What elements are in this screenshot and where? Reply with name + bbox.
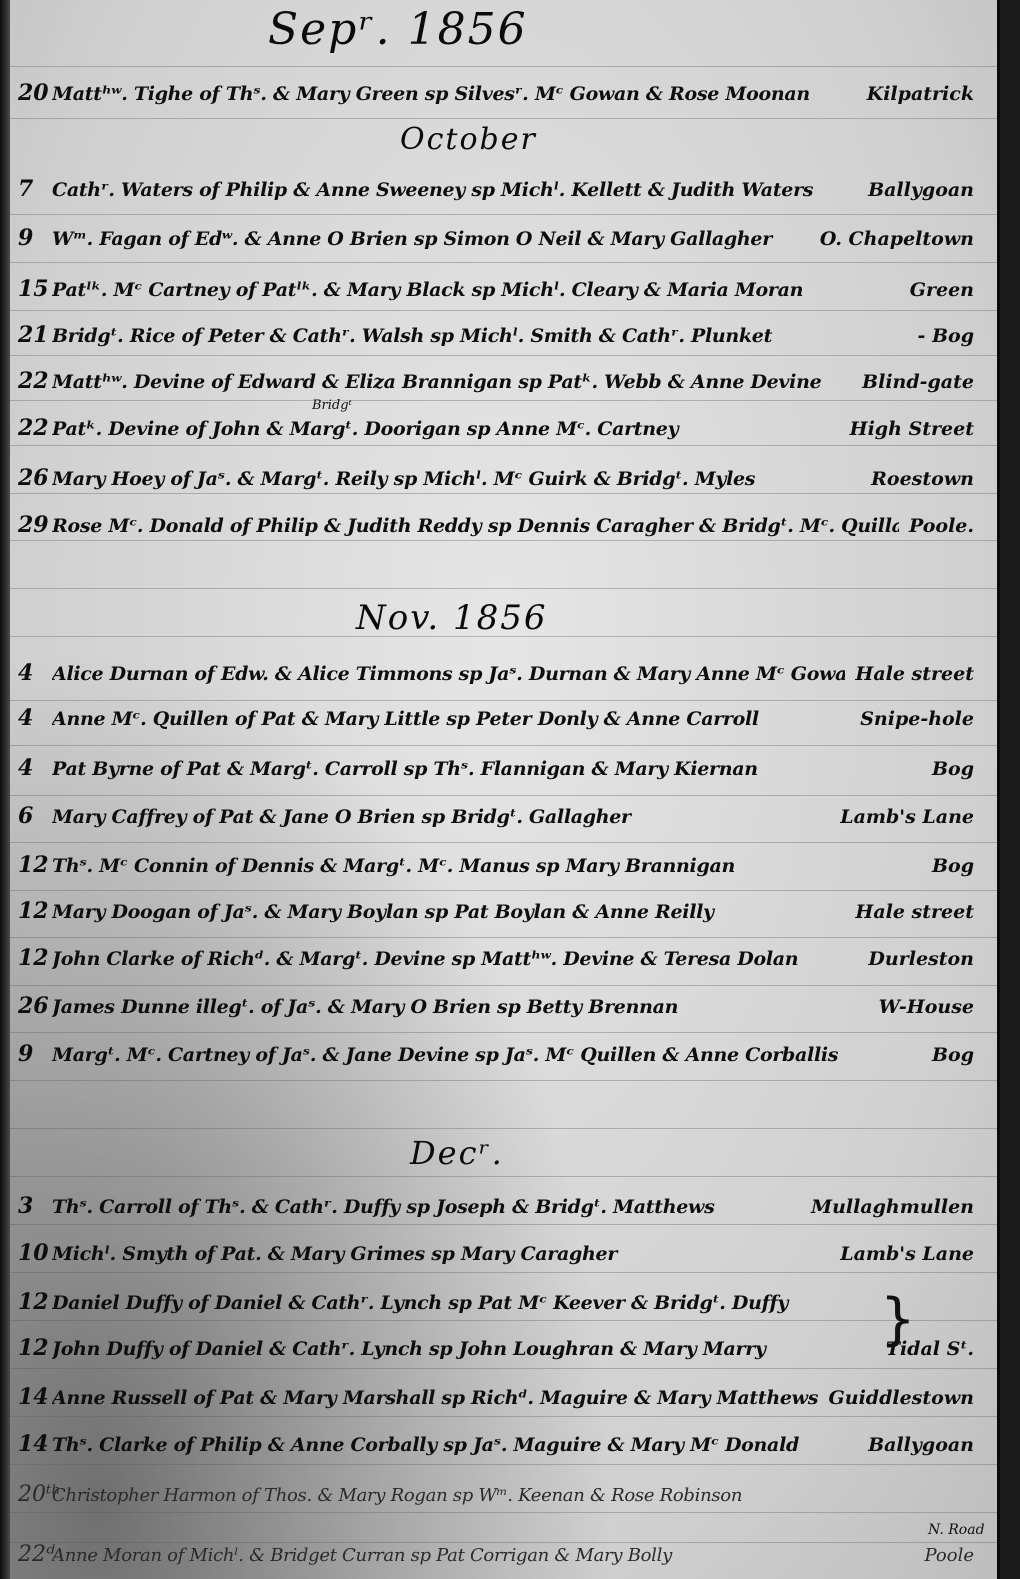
ruled-line [10, 1368, 1000, 1369]
entry-day: 26 [18, 465, 52, 491]
ruled-line [10, 1224, 1000, 1225]
entry-text: Thˢ. Clarke of Philip & Anne Corbally sp… [52, 1434, 858, 1456]
ruled-line [10, 445, 1000, 446]
ruled-line [10, 890, 1000, 891]
ruled-line [10, 1416, 1000, 1417]
entry-text: Wᵐ. Fagan of Edʷ. & Anne O Brien sp Simo… [52, 228, 810, 250]
entry-day: 15 [18, 276, 52, 302]
entry-place: Bog [932, 1044, 974, 1066]
entry-text: Mary Doogan of Jaˢ. & Mary Boylan sp Pat… [52, 901, 845, 923]
entry-place: Kilpatrick [867, 83, 974, 105]
entry-row: 22 Patᵏ. Devine of John & Margᵗ. Dooriga… [18, 415, 974, 441]
entry-text: Alice Durnan of Edw. & Alice Timmons sp … [52, 663, 845, 685]
ruled-line [10, 355, 1000, 356]
entry-place: O. Chapeltown [820, 228, 974, 250]
entry-day: 12 [18, 1335, 52, 1361]
section-heading-october: October [400, 122, 537, 157]
entry-place: High Street [850, 418, 974, 440]
entry-day: 9 [18, 1041, 52, 1067]
entry-row: 6 Mary Caffrey of Pat & Jane O Brien sp … [18, 803, 974, 829]
entry-day: 9 [18, 225, 52, 251]
entry-place: N. Road [928, 1522, 985, 1538]
ruled-line [10, 1176, 1000, 1177]
entry-row: 29 Rose Mᶜ. Donald of Philip & Judith Re… [18, 512, 974, 538]
entry-text: James Dunne illegᵗ. of Jaˢ. & Mary O Bri… [52, 996, 869, 1018]
entry-text: Mattʰʷ. Tighe of Thˢ. & Mary Green sp Si… [52, 83, 857, 105]
entry-place: Snipe-hole [860, 708, 974, 730]
entry-text: Daniel Duffy of Daniel & Cathʳ. Lynch sp… [52, 1292, 850, 1314]
entry-place: Ballygoan [868, 1434, 974, 1456]
ruled-line [10, 937, 1000, 938]
entry-row: 4 Pat Byrne of Pat & Margᵗ. Carroll sp T… [18, 755, 974, 781]
ruled-line [10, 214, 1000, 215]
entry-row: 12 Daniel Duffy of Daniel & Cathʳ. Lynch… [18, 1289, 860, 1315]
entry-day: 4 [18, 705, 52, 731]
entry-text: Margᵗ. Mᶜ. Cartney of Jaˢ. & Jane Devine… [52, 1044, 922, 1066]
register-page: Sepʳ. 1856 20 Mattʰʷ. Tighe of Thˢ. & Ma… [0, 0, 1000, 1579]
entry-day: 22 [18, 415, 52, 441]
entry-row: 7 Cathʳ. Waters of Philip & Anne Sweeney… [18, 176, 974, 202]
ruled-line [10, 1512, 1000, 1513]
entry-day: 3 [18, 1193, 52, 1219]
entry-row: 20 Mattʰʷ. Tighe of Thˢ. & Mary Green sp… [18, 80, 974, 106]
entry-day: 4 [18, 755, 52, 781]
entry-place: Ballygoan [868, 179, 974, 201]
entry-row: 22 Mattʰʷ. Devine of Edward & Eliza Bran… [18, 368, 974, 394]
entry-row: 22ᵈ Anne Moran of Michˡ. & Bridget Curra… [18, 1542, 974, 1567]
entry-day: 21 [18, 322, 52, 348]
entry-place: Bog [932, 855, 974, 877]
entry-day: 14 [18, 1431, 52, 1457]
entry-day: 6 [18, 803, 52, 829]
ruled-line [10, 985, 1000, 986]
ruled-line [10, 262, 1000, 263]
entry-text: Patᵏ. Devine of John & Margᵗ. Doorigan s… [52, 418, 840, 440]
section-heading-november: Nov. 1856 [356, 598, 548, 638]
ruled-line [10, 310, 1000, 311]
entry-row: 4 Alice Durnan of Edw. & Alice Timmons s… [18, 660, 974, 686]
entry-place: Tidal Sᵗ. [886, 1338, 974, 1360]
entry-place: Green [910, 279, 974, 301]
entry-row: 20ᵗʰ Christopher Harmon of Thos. & Mary … [18, 1482, 974, 1507]
entry-day: 22 [18, 368, 52, 394]
ruled-line [10, 1128, 1000, 1129]
entry-day: 4 [18, 660, 52, 686]
entry-text: John Clarke of Richᵈ. & Margᵗ. Devine sp… [52, 948, 858, 970]
entry-place: Poole. [909, 515, 974, 537]
ruled-line [10, 842, 1000, 843]
ruled-line [10, 1464, 1000, 1465]
ruled-line [10, 745, 1000, 746]
ruled-line [10, 700, 1000, 701]
entry-place: Bog [932, 758, 974, 780]
entry-place: W-House [879, 996, 974, 1018]
entry-row: 14 Thˢ. Clarke of Philip & Anne Corbally… [18, 1431, 974, 1457]
entry-row: 12 Mary Doogan of Jaˢ. & Mary Boylan sp … [18, 898, 974, 924]
entry-text: Anne Russell of Pat & Mary Marshall sp R… [52, 1387, 819, 1409]
entry-day: 7 [18, 176, 52, 202]
entry-text: Mary Hoey of Jaˢ. & Margᵗ. Reily sp Mich… [52, 468, 861, 490]
entry-place: Mullaghmullen [811, 1196, 974, 1218]
entry-text: Pat Byrne of Pat & Margᵗ. Carroll sp Thˢ… [52, 758, 922, 780]
ruled-line [10, 400, 1000, 401]
entry-place: Roestown [871, 468, 974, 490]
entry-day: 20 [18, 80, 52, 106]
ruled-line [10, 540, 1000, 541]
entry-day: 12 [18, 1289, 52, 1315]
entry-day: 26 [18, 993, 52, 1019]
entry-day: 12 [18, 852, 52, 878]
entry-text: John Duffy of Daniel & Cathʳ. Lynch sp J… [52, 1338, 876, 1360]
entry-text: Bridgᵗ. Rice of Peter & Cathʳ. Walsh sp … [52, 325, 907, 347]
entry-place: Lamb's Lane [840, 806, 974, 828]
entry-text: Mattʰʷ. Devine of Edward & Eliza Brannig… [52, 371, 852, 393]
entry-day: 20ᵗʰ [18, 1482, 52, 1507]
entry-row: 12 Thˢ. Mᶜ Connin of Dennis & Margᵗ. Mᶜ.… [18, 852, 974, 878]
entry-row: 4 Anne Mᶜ. Quillen of Pat & Mary Little … [18, 705, 974, 731]
entry-text: Michˡ. Smyth of Pat. & Mary Grimes sp Ma… [52, 1243, 830, 1265]
entry-day: 22ᵈ [18, 1542, 52, 1567]
entry-row: 15 Patˡᵏ. Mᶜ Cartney of Patˡᵏ. & Mary Bl… [18, 276, 974, 302]
interlinear-correction: Bridgᵗ [312, 398, 352, 413]
entry-row: 10 Michˡ. Smyth of Pat. & Mary Grimes sp… [18, 1240, 974, 1266]
ruled-line [10, 1272, 1000, 1273]
entry-text: Rose Mᶜ. Donald of Philip & Judith Reddy… [52, 515, 899, 537]
entry-day: 29 [18, 512, 52, 538]
entry-row: 26 James Dunne illegᵗ. of Jaˢ. & Mary O … [18, 993, 974, 1019]
entry-place: Blind-gate [862, 371, 974, 393]
entry-text: Mary Caffrey of Pat & Jane O Brien sp Br… [52, 806, 830, 828]
entry-text: Thˢ. Mᶜ Connin of Dennis & Margᵗ. Mᶜ. Ma… [52, 855, 922, 877]
entry-day: 12 [18, 898, 52, 924]
ruled-line [10, 493, 1000, 494]
entry-day: 12 [18, 945, 52, 971]
ruled-line [10, 795, 1000, 796]
entry-place: Guiddlestown [829, 1387, 974, 1409]
entry-place: Hale street [855, 663, 974, 685]
entry-place: - Bog [917, 325, 974, 347]
binding-edge [0, 0, 10, 1579]
entry-row: 26 Mary Hoey of Jaˢ. & Margᵗ. Reily sp M… [18, 465, 974, 491]
entry-row: 12 John Clarke of Richᵈ. & Margᵗ. Devine… [18, 945, 974, 971]
ruled-line [10, 588, 1000, 589]
entry-place: Lamb's Lane [840, 1243, 974, 1265]
ruled-line [10, 66, 1000, 67]
section-heading-december: Decʳ. [410, 1134, 504, 1172]
section-heading-september: Sepʳ. 1856 [268, 4, 528, 55]
entry-row: 12 John Duffy of Daniel & Cathʳ. Lynch s… [18, 1335, 974, 1361]
entry-day: 14 [18, 1384, 52, 1410]
entry-text: Cathʳ. Waters of Philip & Anne Sweeney s… [52, 179, 858, 201]
entry-place: Poole [925, 1545, 974, 1566]
entry-day: 10 [18, 1240, 52, 1266]
entry-row: 3 Thˢ. Carroll of Thˢ. & Cathʳ. Duffy sp… [18, 1193, 974, 1219]
entry-row: 9 Margᵗ. Mᶜ. Cartney of Jaˢ. & Jane Devi… [18, 1041, 974, 1067]
entry-place: Durleston [868, 948, 974, 970]
entry-text: Anne Moran of Michˡ. & Bridget Curran sp… [52, 1545, 915, 1566]
entry-text: Thˢ. Carroll of Thˢ. & Cathʳ. Duffy sp J… [52, 1196, 801, 1218]
margin-rule [997, 0, 1000, 1579]
ruled-line [10, 1320, 1000, 1321]
entry-text: Anne Mᶜ. Quillen of Pat & Mary Little sp… [52, 708, 850, 730]
entry-row: 9 Wᵐ. Fagan of Edʷ. & Anne O Brien sp Si… [18, 225, 974, 251]
entry-row: 21 Bridgᵗ. Rice of Peter & Cathʳ. Walsh … [18, 322, 974, 348]
ruled-line [10, 118, 1000, 119]
entry-text: Patˡᵏ. Mᶜ Cartney of Patˡᵏ. & Mary Black… [52, 279, 900, 301]
ruled-line [10, 1032, 1000, 1033]
ruled-line [10, 1080, 1000, 1081]
entry-place: Hale street [855, 901, 974, 923]
entry-text: Christopher Harmon of Thos. & Mary Rogan… [52, 1485, 974, 1506]
entry-row: 14 Anne Russell of Pat & Mary Marshall s… [18, 1384, 974, 1410]
